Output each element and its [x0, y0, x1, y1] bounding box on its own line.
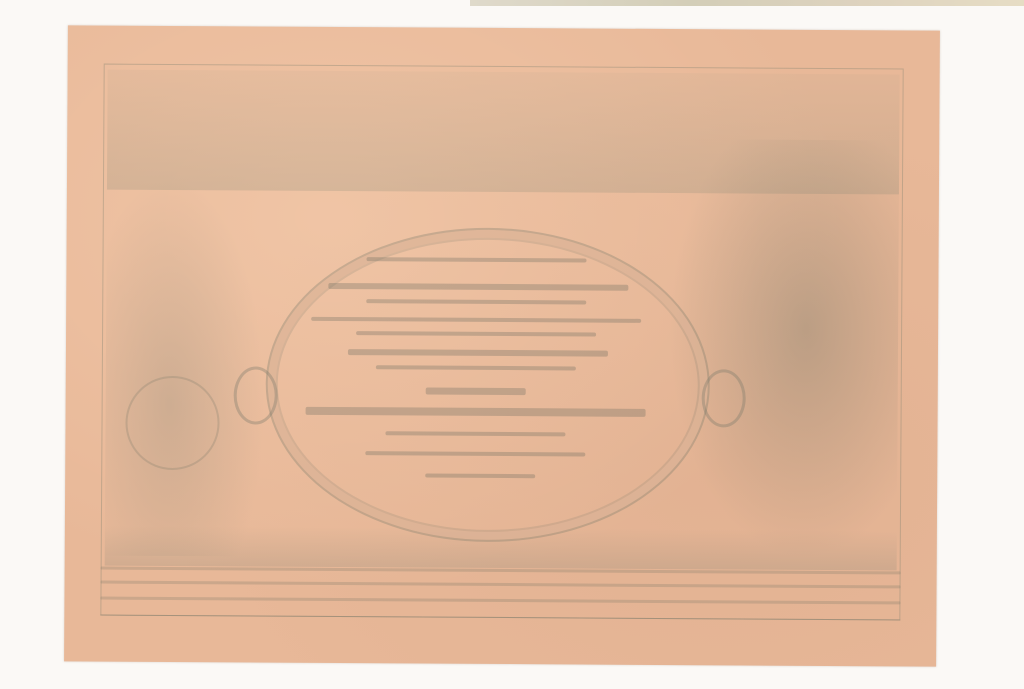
paper-ticket [64, 25, 940, 666]
top-edge-strip [470, 0, 1024, 6]
central-oval-cartouche [265, 227, 711, 544]
bleed-text-line [425, 474, 535, 479]
faint-seal [125, 376, 220, 471]
left-ring-ornament [234, 366, 278, 424]
right-ring-ornament [702, 369, 746, 427]
bleed-text-line [426, 388, 526, 396]
